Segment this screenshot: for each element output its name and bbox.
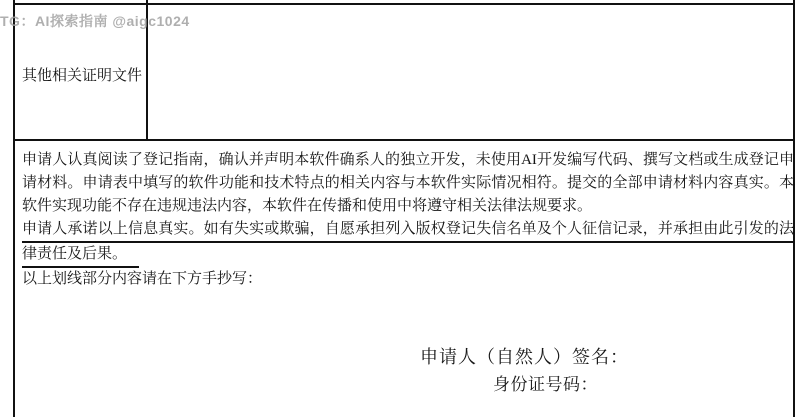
applicant-signature-label: 申请人（自然人）签名： (420, 343, 629, 369)
table-row-top-line (13, 3, 795, 5)
declaration-section: 申请人认真阅读了登记指南，确认并声明本软件确系人的独立开发，未使用AI开发编写代… (22, 149, 794, 291)
id-number-label: 身份证号码： (493, 370, 598, 395)
table-border-left (13, 0, 15, 417)
declaration-line: 申请人认真阅读了登记指南，确认并声明本软件确系人的独立开发，未使用AI开发编写代… (22, 149, 794, 172)
handwrite-instruction-line: 以上划线部分内容请在下方手抄写： (22, 268, 794, 291)
declaration-underlined-line: 律责任及后果。 (22, 243, 139, 268)
document-page: TG：AI探索指南 @aigc1024 其他相关证明文件 申请人认真阅读了登记指… (0, 0, 800, 417)
watermark-text: TG：AI探索指南 @aigc1024 (0, 11, 190, 31)
declaration-underlined-line: 申请人承诺以上信息真实。如有失实或欺骗，自愿承担列入版权登记失信名单及个人征信记… (22, 218, 794, 243)
table-section-divider-line (13, 139, 795, 141)
declaration-line: 软件实现功能不存在违规违法内容，本软件在传播和使用中将遵守相关法律法规要求。 (22, 195, 794, 218)
other-documents-cell-label: 其他相关证明文件 (22, 64, 142, 85)
declaration-line: 请材料。申请表中填写的软件功能和技术特点的相关内容与本软件实际情况相符。提交的全… (22, 172, 794, 195)
